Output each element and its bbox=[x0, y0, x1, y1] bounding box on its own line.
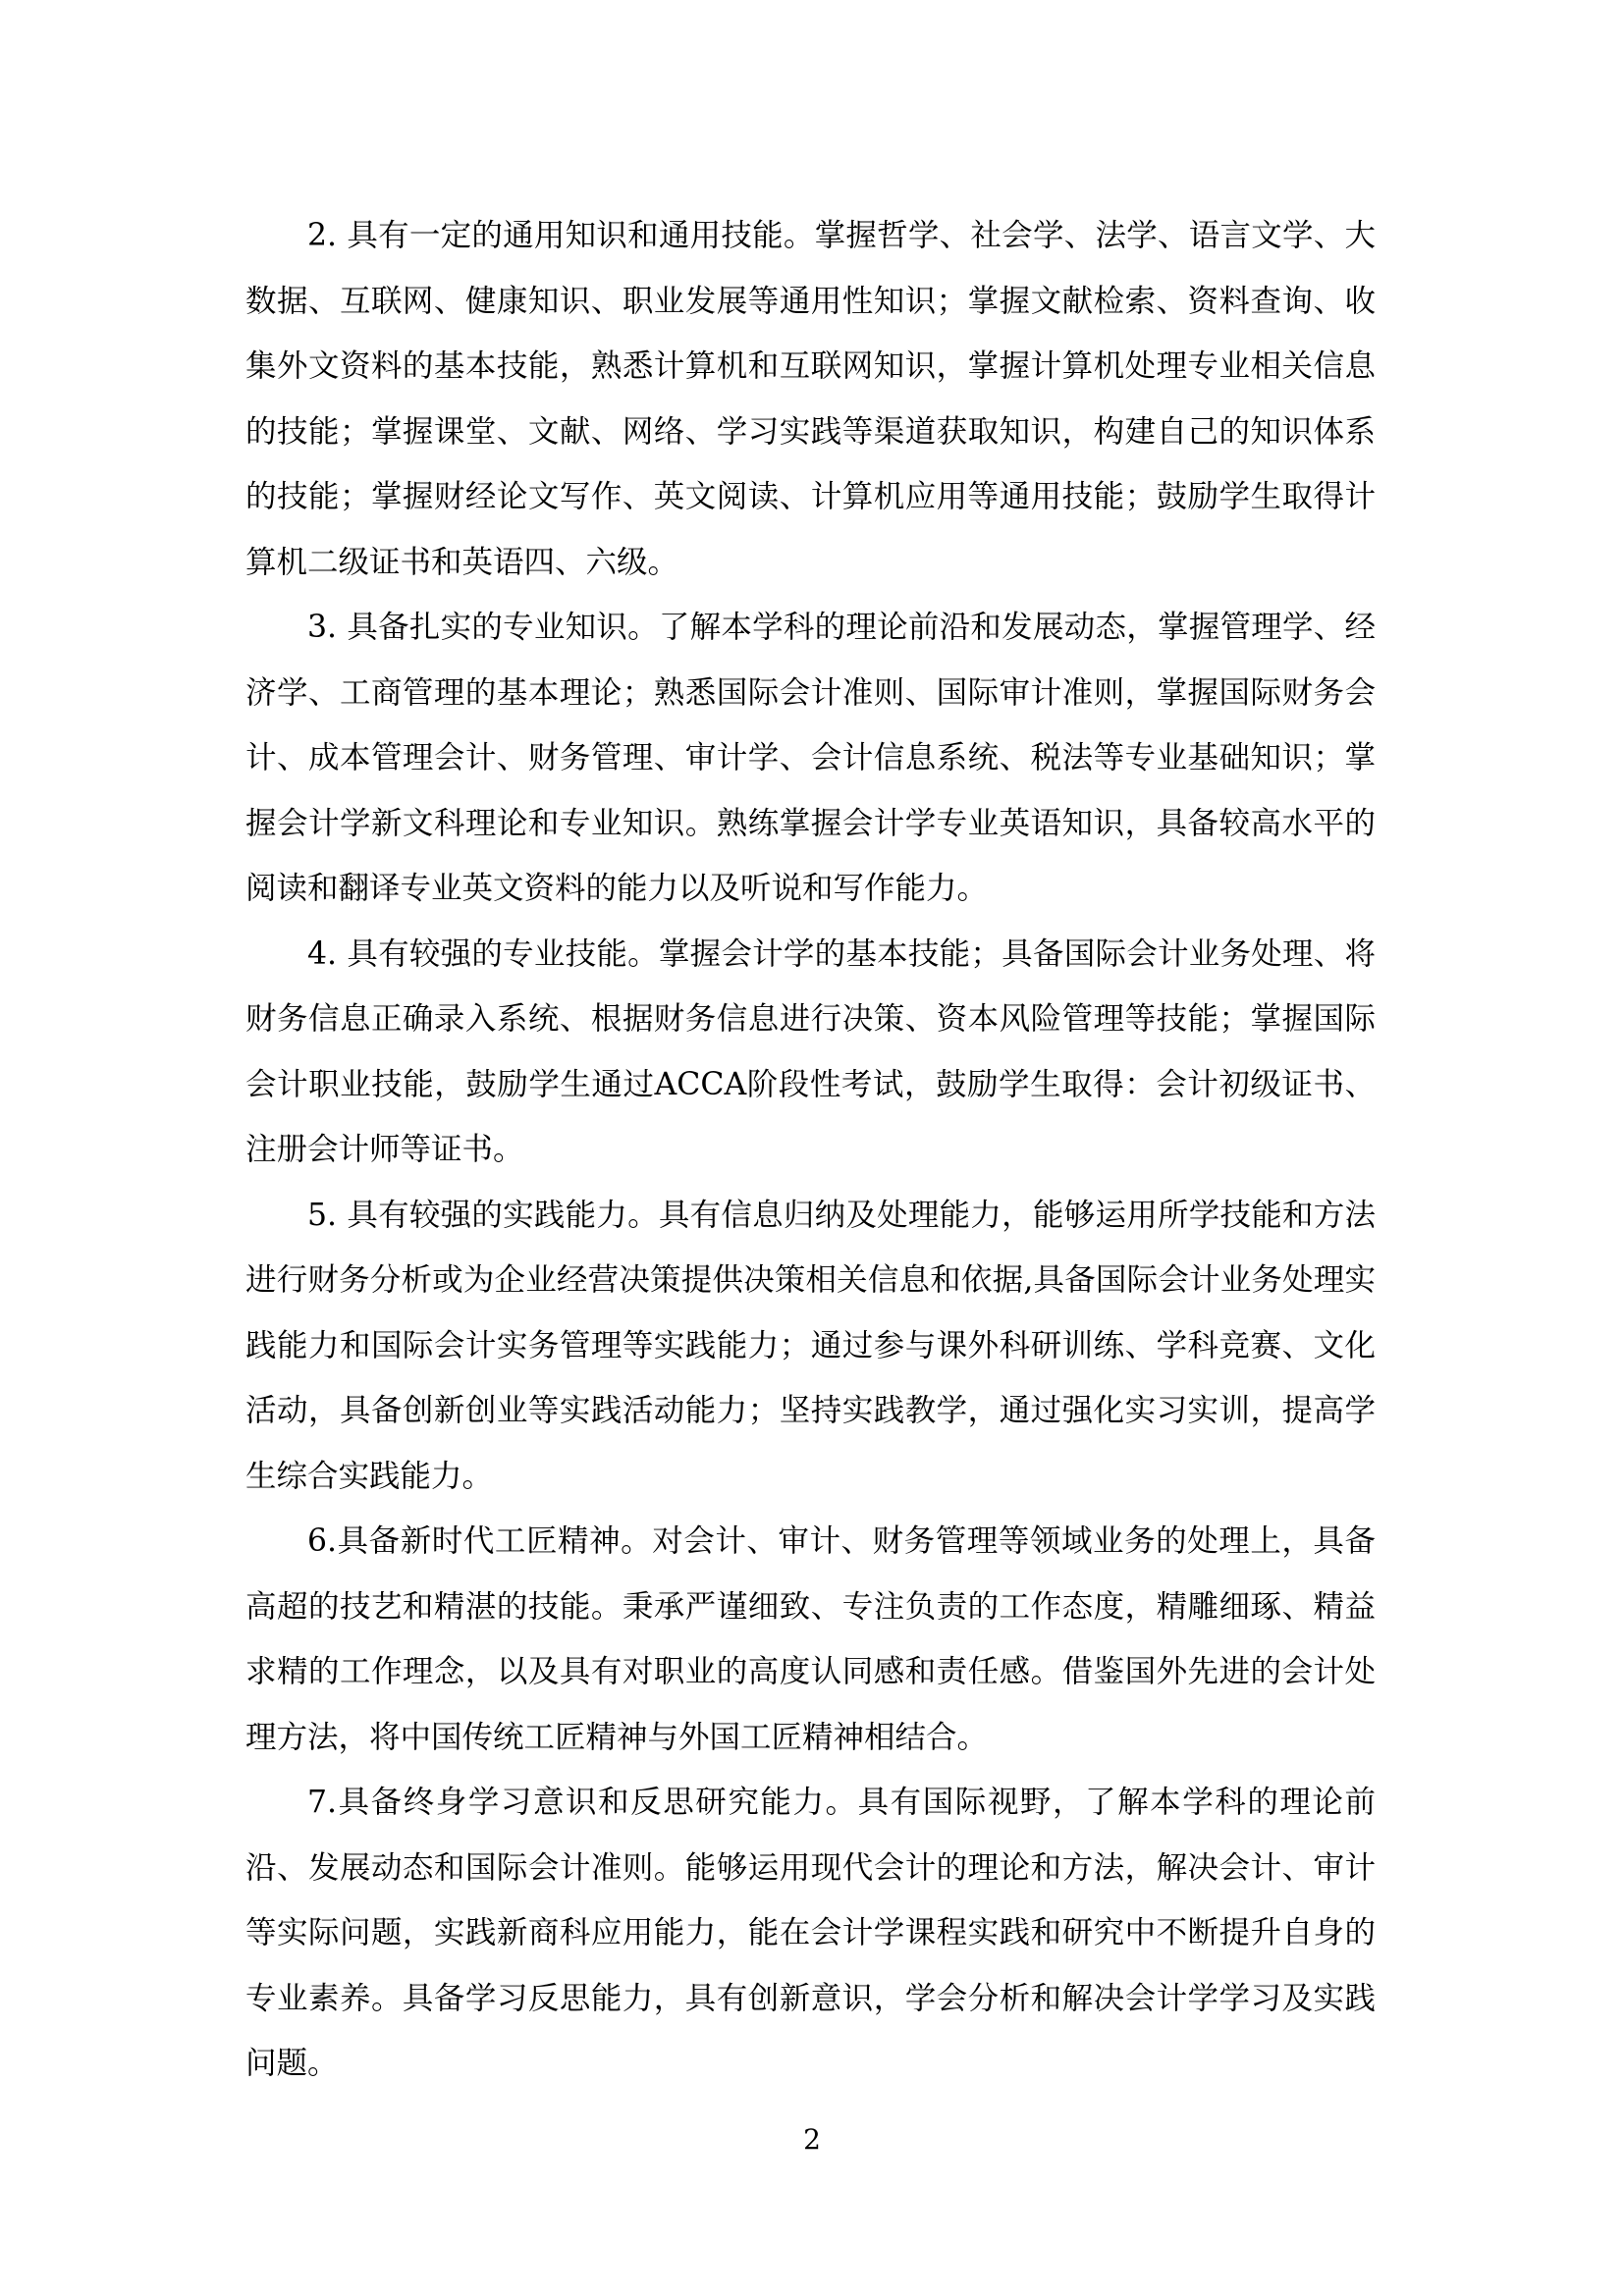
paragraph-5: 5. 具有较强的实践能力。具有信息归纳及处理能力，能够运用所学技能和方法进行财务… bbox=[245, 1183, 1376, 1510]
paragraph-3: 3. 具备扎实的专业知识。了解本学科的理论前沿和发展动态，掌握管理学、经济学、工… bbox=[245, 595, 1376, 922]
paragraph-6: 6.具备新时代工匠精神。对会计、审计、财务管理等领域业务的处理上，具备高超的技艺… bbox=[245, 1509, 1376, 1770]
document-page: 2. 具有一定的通用知识和通用技能。掌握哲学、社会学、法学、语言文学、大数据、互… bbox=[0, 0, 1624, 2296]
page-number: 2 bbox=[0, 2125, 1624, 2155]
paragraph-7: 7.具备终身学习意识和反思研究能力。具有国际视野，了解本学科的理论前沿、发展动态… bbox=[245, 1770, 1376, 2097]
paragraph-4: 4. 具有较强的专业技能。掌握会计学的基本技能；具备国际会计业务处理、将财务信息… bbox=[245, 922, 1376, 1183]
paragraph-2: 2. 具有一定的通用知识和通用技能。掌握哲学、社会学、法学、语言文学、大数据、互… bbox=[245, 203, 1376, 595]
text-block: 2. 具有一定的通用知识和通用技能。掌握哲学、社会学、法学、语言文学、大数据、互… bbox=[245, 203, 1376, 2097]
